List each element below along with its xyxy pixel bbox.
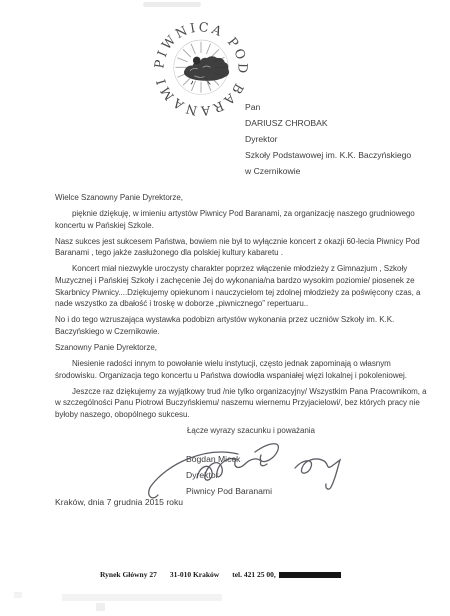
recipient-city: w Czernikowie: [245, 163, 411, 179]
footer-postal-city: 31-010 Kraków: [170, 570, 219, 579]
recipient-name: DARIUSZ CHROBAK: [245, 115, 411, 131]
paragraph-exhibit: No i do tego wzruszająca wystawka podobi…: [55, 314, 429, 337]
letter-body: Wielce Szanowny Panie Dyrektorze, piękni…: [55, 192, 429, 437]
footer-address: Rynek Główny 27: [100, 570, 157, 579]
signature-block: Bogdan Micek Dyrektor Piwnicy Pod Barana…: [186, 452, 272, 499]
scanned-letter-page: PIWNICA POD BARANAMI Pan DARIUSZ CHROBAK…: [0, 0, 450, 616]
paragraph-community: Niesienie radości innym to powołanie wie…: [55, 358, 429, 381]
recipient-block: Pan DARIUSZ CHROBAK Dyrektor Szkoły Pods…: [245, 99, 411, 179]
letter-footer: Rynek Główny 2731-010 Krakówtel. 421 25 …: [100, 570, 341, 579]
recipient-line: Pan: [245, 99, 411, 115]
recipient-title: Dyrektor: [245, 131, 411, 147]
scan-ghost-artifact: [62, 594, 222, 601]
paragraph-success: Nasz sukces jest sukcesem Państwa, bowie…: [55, 236, 429, 259]
recipient-school: Szkoły Podstawowej im. K.K. Baczyńskiego: [245, 147, 411, 163]
date-line: Kraków, dnia 7 grudnia 2015 roku: [55, 497, 183, 507]
signer-name: Bogdan Micek: [186, 452, 272, 468]
signer-organization: Piwnicy Pod Baranami: [186, 484, 272, 500]
closing-phrase: Łącze wyrazy szacunku i poważania: [73, 425, 429, 437]
paragraph-thanks: pięknie dziękuję, w imieniu artystów Piw…: [55, 208, 429, 231]
footer-phone: tel. 421 25 00,: [232, 570, 276, 579]
redaction-bar: [279, 572, 341, 578]
paragraph-concert: Koncert miał niezwykle uroczysty charakt…: [55, 263, 429, 309]
paragraph-gratitude: Jeszcze raz dziękujemy za wyjątkowy trud…: [55, 386, 429, 421]
rams-icon: [184, 56, 229, 84]
salutation-2: Szanowny Panie Dyrektorze,: [55, 342, 429, 354]
scan-ghost-artifact: [96, 603, 105, 611]
signer-title: Dyrektor: [186, 468, 272, 484]
scan-ghost-artifact: [14, 592, 22, 598]
salutation-1: Wielce Szanowny Panie Dyrektorze,: [55, 192, 429, 204]
scan-smudge: [143, 2, 201, 7]
piwnica-pod-baranami-stamp: PIWNICA POD BARANAMI: [150, 18, 252, 120]
